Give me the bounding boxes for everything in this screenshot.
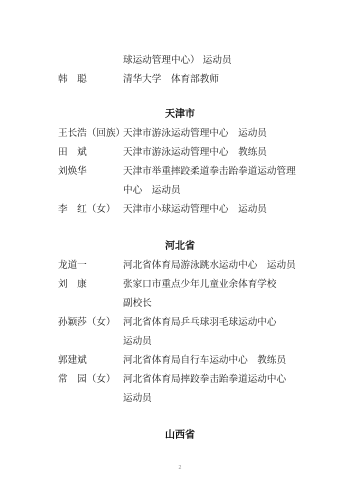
page-number: 2 [0, 465, 360, 471]
entry-desc: 清华大学 体育部教师 [123, 74, 219, 86]
continued-desc-line: 球运动管理中心） 运动员 [123, 55, 232, 67]
entry-desc: 河北省体育局游泳跳水运动中心 运动员 [123, 260, 296, 272]
entry-desc: 张家口市重点少年儿童业余体育学校 [123, 279, 277, 291]
entry-name: 孙颖莎（女） [58, 317, 116, 329]
entry-desc: 河北省体育局乒乓球羽毛球运动中心 [123, 317, 277, 329]
entry-name: 王长浩（回族） [58, 128, 125, 140]
entry-desc: 天津市举重摔跤柔道拳击跆拳道运动管理 [123, 166, 296, 178]
entry-desc-cont: 副校长 [123, 298, 152, 310]
entry-desc: 河北省体育局摔跤拳击跆拳道运动中心 [123, 374, 286, 386]
entry-name: 刘焕华 [58, 166, 87, 178]
entry-desc-cont: 中心 运动员 [123, 185, 181, 197]
entry-name: 李 红（女） [58, 204, 116, 216]
section-heading-shanxi: 山西省 [0, 430, 360, 442]
entry-desc-cont: 运动员 [123, 393, 152, 405]
entry-desc-cont: 运动员 [123, 336, 152, 348]
section-heading-hebei: 河北省 [0, 241, 360, 253]
entry-desc: 河北省体育局自行车运动中心 教练员 [123, 355, 286, 367]
entry-name: 郭建斌 [58, 355, 87, 367]
entry-name: 龙道一 [58, 260, 87, 272]
entry-name: 田 斌 [58, 147, 87, 159]
entry-desc: 天津市游泳运动管理中心 运动员 [123, 128, 267, 140]
document-page: 球运动管理中心） 运动员 韩 聪 清华大学 体育部教师 天津市 王长浩（回族） … [0, 0, 360, 494]
section-heading-tianjin: 天津市 [0, 109, 360, 121]
entry-desc: 天津市小球运动管理中心 运动员 [123, 204, 267, 216]
entry-name: 常 园（女） [58, 374, 116, 386]
entry-desc: 天津市游泳运动管理中心 教练员 [123, 147, 267, 159]
entry-name: 韩 聪 [58, 74, 87, 86]
entry-name: 刘 康 [58, 279, 87, 291]
